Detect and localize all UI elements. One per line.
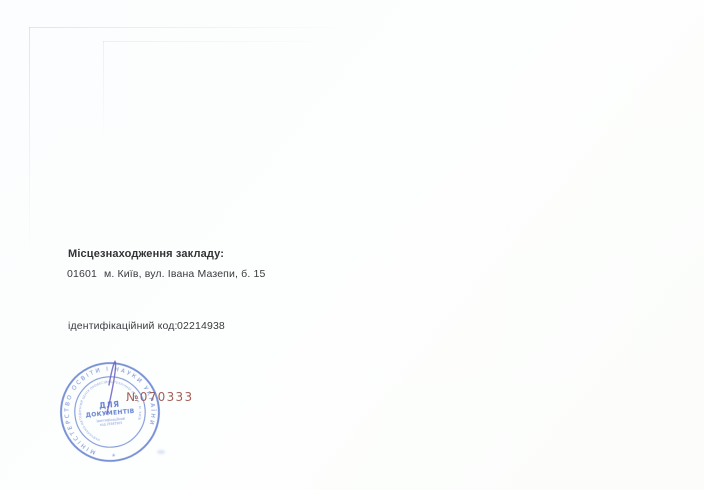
official-stamp: МІНІСТЕРСТВО ОСВІТИ І НАУКИ УКРАЇНИ ✳ НА… [55,357,166,468]
scan-artifact-line-horizontal-2 [103,41,353,42]
identification-code-value: 02214938 [177,320,225,332]
scan-artifact-line-horizontal [29,27,364,28]
official-stamp-svg: МІНІСТЕРСТВО ОСВІТИ І НАУКИ УКРАЇНИ ✳ НА… [55,357,166,468]
stamp-ring-separator-star: ✳ [112,453,117,459]
stamp-center-line4: код 25587905 [100,421,123,427]
scan-artifact-line-vertical-2 [103,41,104,141]
ink-smudge [157,450,165,454]
postal-code: 01601 [67,268,97,280]
identification-code-label: ідентифікаційний код: [68,320,178,332]
scan-artifact-line-vertical [29,27,30,262]
address-label: Місцезнаходження закладу: [68,248,224,260]
address-value: м. Київ, вул. Івана Мазепи, б. 15 [104,268,265,280]
scanned-document-page: Місцезнаходження закладу: 01601 м. Київ,… [0,0,704,490]
